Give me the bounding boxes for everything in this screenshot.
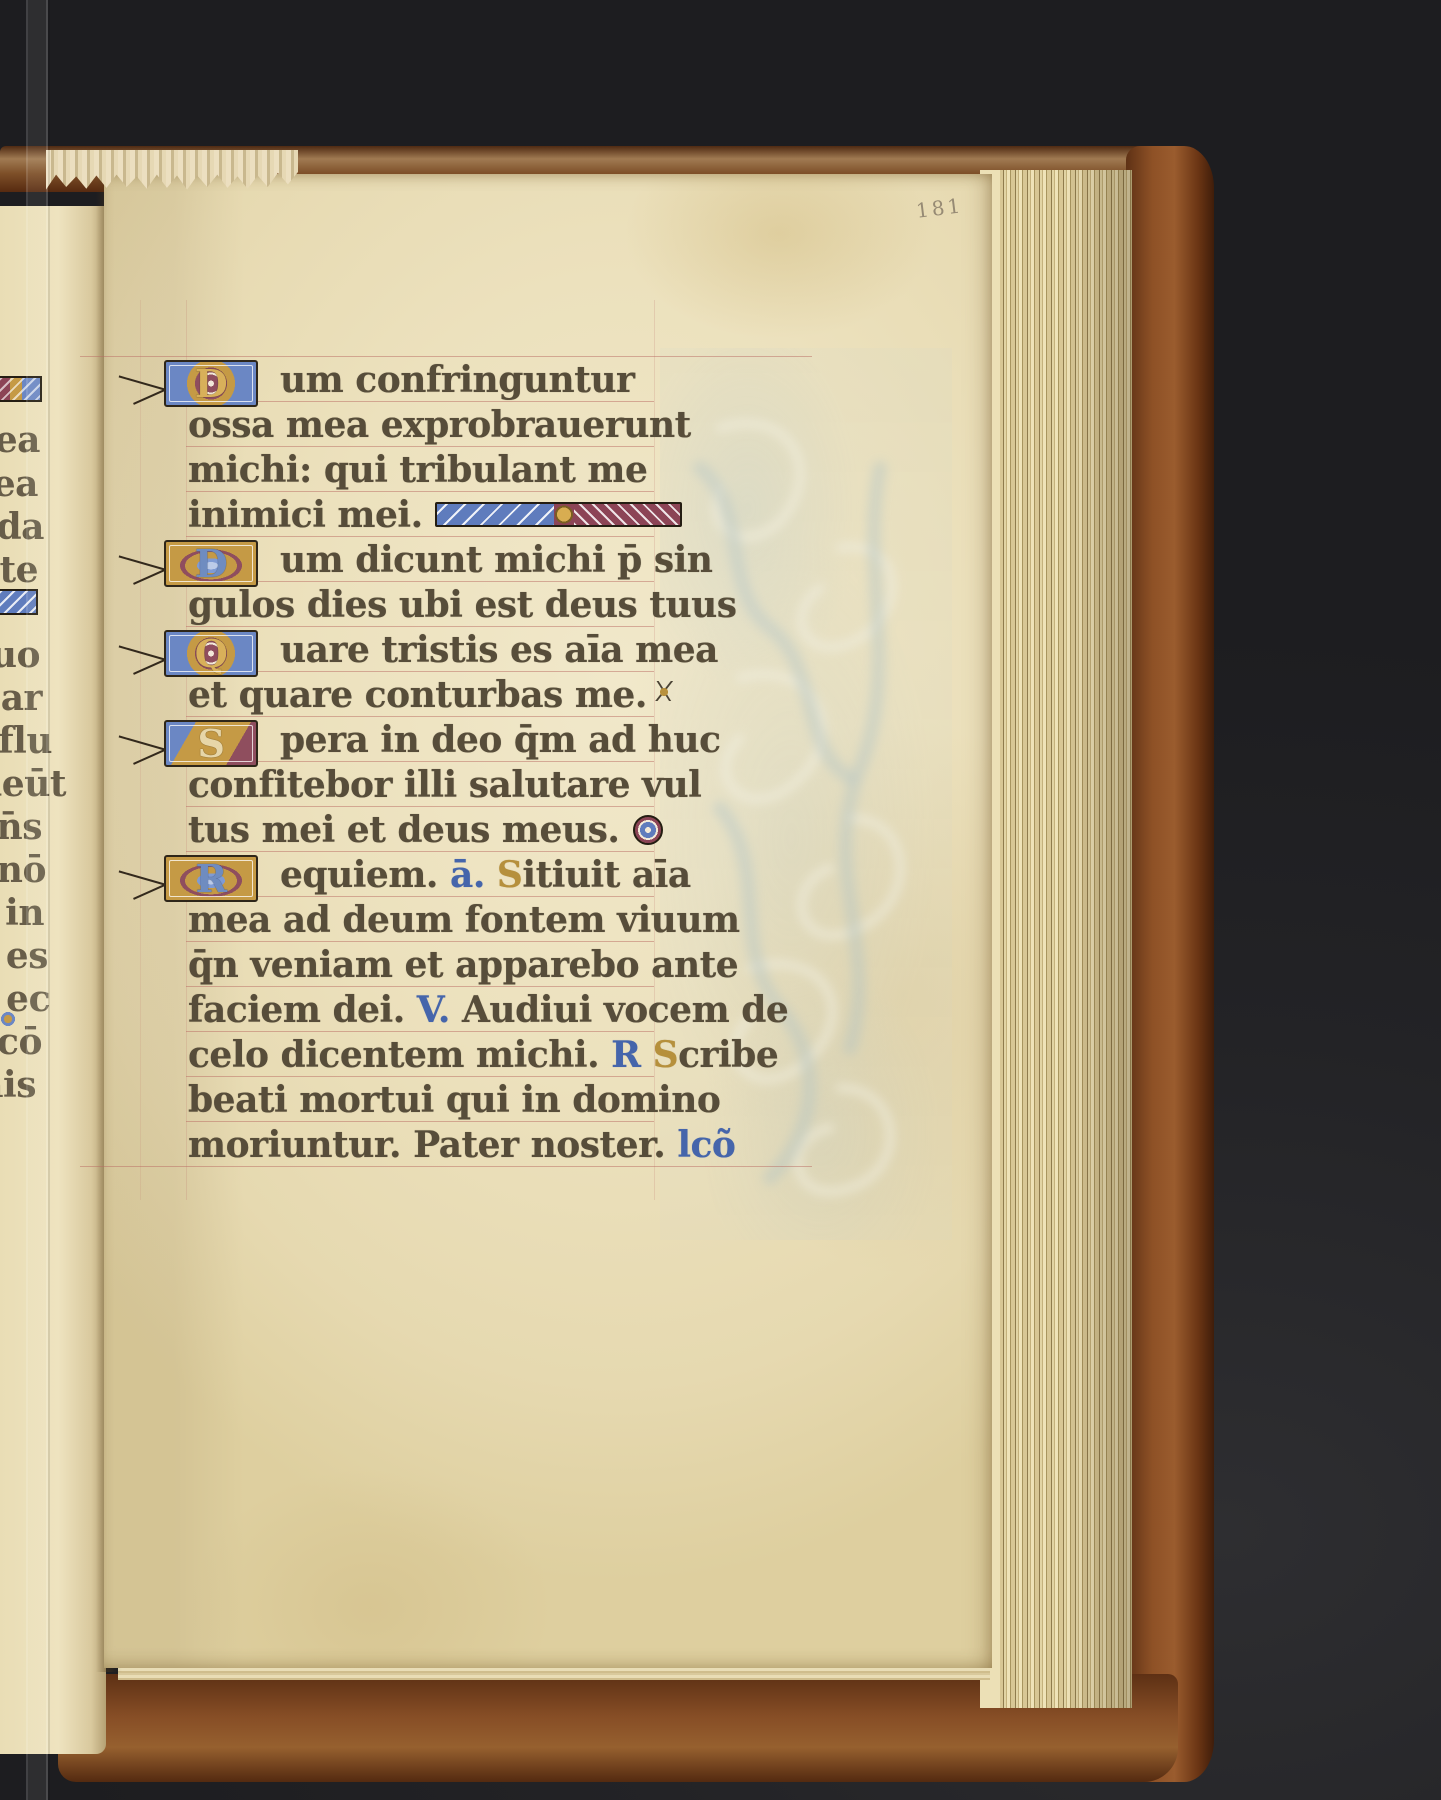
ruling-line-horizontal — [186, 1076, 654, 1077]
ruling-line-horizontal — [186, 986, 654, 987]
ruling-line-horizontal — [80, 356, 812, 357]
fore-edge-page-stack — [980, 170, 1132, 1708]
ruling-line-horizontal — [186, 581, 654, 582]
ruling-line-horizontal — [186, 491, 654, 492]
ruling-line-horizontal — [186, 536, 654, 537]
ruling-line-horizontal — [186, 401, 654, 402]
ruling-line-horizontal — [186, 806, 654, 807]
ruling-line-horizontal — [80, 1166, 812, 1167]
ruling-line-horizontal — [186, 1121, 654, 1122]
ruling-line-horizontal — [186, 1031, 654, 1032]
recto-page — [104, 174, 992, 1668]
ruling-line-horizontal — [186, 716, 654, 717]
ruling-line-horizontal — [186, 761, 654, 762]
ruling-line-horizontal — [186, 941, 654, 942]
ruling-line-horizontal — [186, 671, 654, 672]
ruling-line-vertical — [140, 300, 141, 1200]
ruling-line-horizontal — [186, 446, 654, 447]
book-photo-stage: Dum confringunturossa mea exprobrauerunt… — [0, 0, 1441, 1800]
ruling-line-horizontal — [186, 626, 654, 627]
leather-right-cover — [1126, 146, 1214, 1782]
page-clamp-strip — [26, 0, 50, 1800]
ruling-line-vertical — [186, 300, 187, 1200]
ruling-line-horizontal — [186, 851, 654, 852]
ruling-line-vertical — [654, 300, 655, 1200]
ruling-line-horizontal — [186, 896, 654, 897]
